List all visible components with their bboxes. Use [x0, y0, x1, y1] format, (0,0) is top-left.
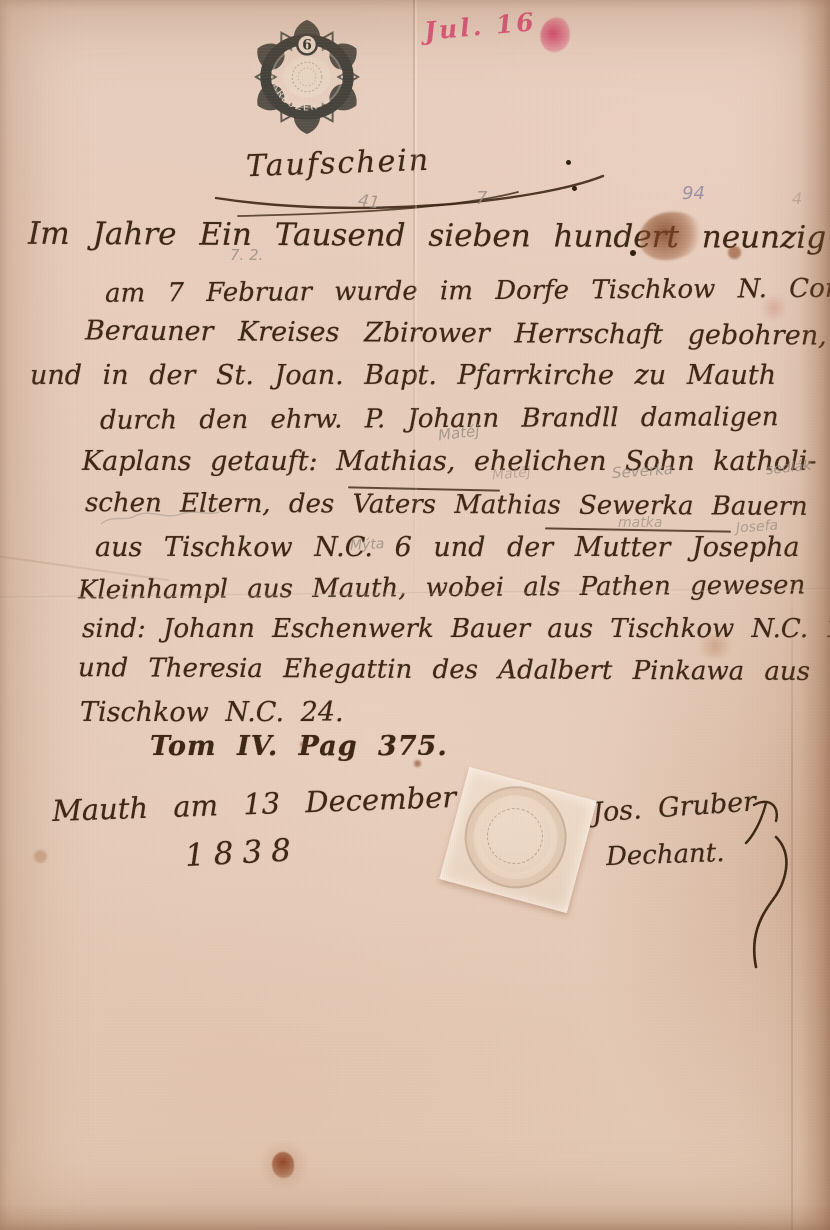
- pencil-note: 41: [357, 191, 381, 214]
- stamp-value: 6: [302, 37, 312, 53]
- place-date-line: Mauth am 13 December: [52, 780, 457, 828]
- year-line: 1838: [184, 832, 301, 874]
- pencil-note: 94: [682, 183, 705, 204]
- scanned-document-page: 6 KREUZER Jul. 16 Taufschein Im Jahre Ei…: [0, 0, 830, 1230]
- pencil-note: matka: [618, 515, 662, 531]
- revenue-stamp-icon: 6 KREUZER: [242, 16, 372, 134]
- pencil-note: 7. 2.: [230, 246, 263, 264]
- pencil-scribble: [95, 500, 225, 540]
- body-line: am 7 Februar wurde im Dorfe Tischkow N. …: [105, 273, 830, 308]
- body-line: Kaplans getauft: Mathias, ehelichen Sohn…: [82, 446, 817, 477]
- page-edge-shadow: [800, 0, 830, 1230]
- page-edge-shadow: [0, 1204, 830, 1230]
- body-line: Berauner Kreises Zbirower Herrschaft geb…: [85, 315, 827, 351]
- paper-stain: [34, 850, 47, 863]
- body-line: Kleinhampl aus Mauth, wobei als Pathen g…: [78, 570, 805, 605]
- body-line: Im Jahre Ein Tausend sieben hundert neun…: [28, 216, 830, 257]
- pencil-note: Mýta: [350, 536, 385, 554]
- pencil-note: Matěj: [491, 464, 531, 483]
- red-ink-blot: [537, 16, 572, 55]
- pencil-note: Matěj: [437, 422, 480, 445]
- body-line: sind: Johann Eschenwerk Bauer aus Tischk…: [82, 614, 830, 644]
- signature-flourish: [688, 795, 818, 975]
- red-registry-note: Jul. 16: [423, 7, 538, 46]
- body-line: Tischkow N.C. 24.: [80, 697, 344, 728]
- embossed-seal: [439, 767, 597, 913]
- paper-stain: [272, 1152, 294, 1178]
- pencil-note: 7: [476, 188, 487, 209]
- register-reference: Tom IV. Pag 375.: [150, 731, 448, 762]
- paper-stain: [260, 1138, 308, 1192]
- body-line: und in der St. Joan. Bapt. Pfarrkirche z…: [30, 360, 776, 391]
- body-line: und Theresia Ehegattin des Adalbert Pink…: [78, 653, 810, 687]
- pencil-note: Josefa: [735, 518, 778, 537]
- pencil-note: Severka: [611, 460, 673, 482]
